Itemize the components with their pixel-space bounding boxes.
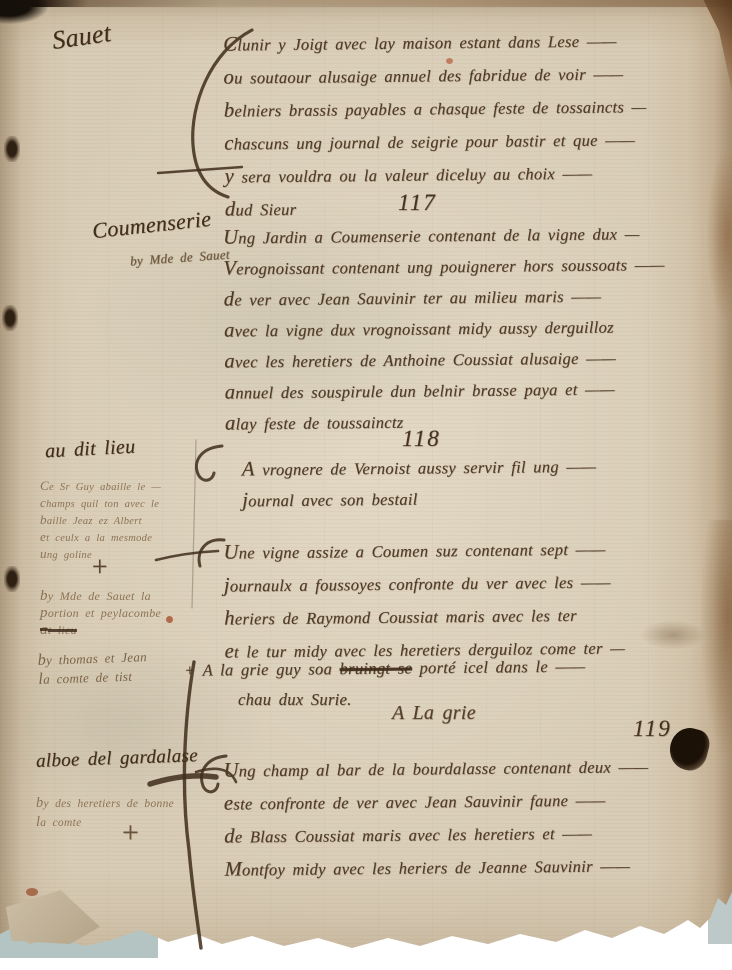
- margin-note-line: Ce Sr Guy abaille le —: [40, 478, 190, 495]
- text-line: alay feste de toussainctz: [225, 403, 725, 439]
- text-line: Clunir y Joigt avec lay maison estant da…: [223, 23, 723, 61]
- margin-note-line: by Mde de Sauet la: [40, 588, 200, 605]
- text-line: de Blass Coussiat maris avec les heretie…: [224, 815, 724, 853]
- text-segment: + A la grie guy soa: [184, 659, 340, 680]
- section-number-119: 119: [633, 716, 672, 742]
- text-line: ou soutaour alusaige annuel des fabridue…: [223, 56, 723, 94]
- margin-note-line: ung goline: [40, 546, 190, 563]
- text-line: A vrognere de Vernoist aussy servir fil …: [242, 450, 712, 486]
- text-line: Verognoissant contenant ung pouignerer h…: [223, 248, 723, 284]
- strikethrough-text: at lieu: [40, 622, 200, 639]
- entry-117-paragraph: Ung Jardin a Coumenserie contenant de la…: [223, 217, 725, 439]
- entry-118-paragraph-a: A vrognere de Vernoist aussy servir fil …: [242, 450, 713, 517]
- margin-note-line: by des heretiers de bonne: [36, 794, 206, 813]
- lagrie-continuation-line: chau dux Surie.: [238, 690, 352, 710]
- text-line: journaulx a foussoyes confronte du ver a…: [224, 564, 724, 602]
- text-segment: porté icel dans le ——: [412, 657, 585, 678]
- margin-cross-mark: +: [120, 816, 141, 850]
- lagrie-centered-label: A La grie: [392, 702, 476, 725]
- manuscript-photo: Sauet Coumenserie by Mde de Sauet au dit…: [0, 0, 732, 970]
- text-line: Montfoy midy avec les heriers de Jeanne …: [224, 848, 724, 886]
- margin-note-line: baille Jeaz ez Albert: [40, 512, 190, 529]
- section-number-118: 118: [402, 426, 441, 452]
- margin-header-auditlieu: au dit lieu: [44, 436, 135, 464]
- entry-initial-flourish: [196, 446, 222, 480]
- text-line: journal avec son bestail: [242, 481, 712, 517]
- text-line: chascuns ung journal de seigrie pour bas…: [224, 122, 724, 160]
- text-line: belniers brassis payables a chasque fest…: [224, 89, 724, 127]
- text-line: y sera vouldra ou la valeur diceluy au c…: [224, 155, 724, 193]
- section-number-117: 117: [398, 190, 437, 216]
- entry-119-paragraph: Ung champ al bar de la bourdalasse conte…: [223, 749, 724, 886]
- entry-118-paragraph-b: Une vigne assize a Coumen suz contenant …: [223, 531, 724, 668]
- margin-note-line: champs quil ton avec le: [40, 495, 190, 512]
- text-line: Une vigne assize a Coumen suz contenant …: [223, 531, 723, 569]
- margin-note-bail: Ce Sr Guy abaille le — champs quil ton a…: [40, 478, 190, 563]
- margin-note-line: portion et peylacombe: [40, 605, 200, 622]
- margin-note-line: et ceulx a la mesmode: [40, 529, 190, 546]
- margin-note-sauet-portion: by Mde de Sauet la portion et peylacombe…: [40, 588, 200, 639]
- margin-cross-mark: +: [90, 552, 109, 584]
- strikethrough-text: bruingt se: [339, 658, 412, 678]
- text-line: heriers de Raymond Coussiat maris avec l…: [224, 597, 724, 635]
- text-line: Ung champ al bar de la bourdalasse conte…: [223, 749, 723, 787]
- margin-note-thomas: by thomas et Jean la comte de tist: [37, 645, 208, 689]
- text-line: este confronte de ver avec Jean Sauvinir…: [224, 782, 724, 820]
- intro-paragraph: Clunir y Joigt avec lay maison estant da…: [223, 23, 725, 226]
